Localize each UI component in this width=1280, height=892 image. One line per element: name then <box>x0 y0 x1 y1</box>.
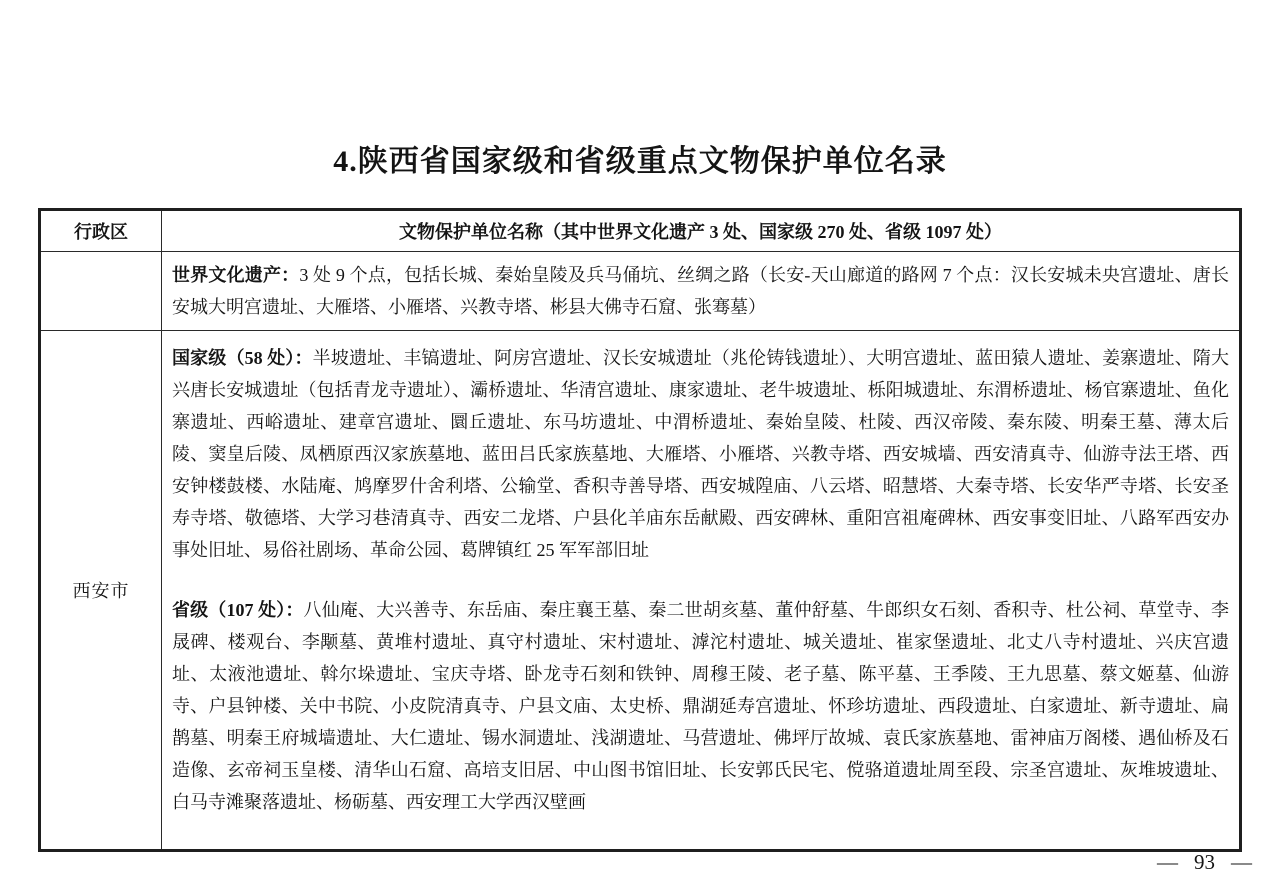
world-heritage-label: 世界文化遗产： <box>172 265 299 285</box>
provincial-text: 八仙庵、大兴善寺、东岳庙、秦庄襄王墓、秦二世胡亥墓、董仲舒墓、牛郎织女石刻、香积… <box>172 600 1229 812</box>
provincial-paragraph: 省级（107 处）：八仙庵、大兴善寺、东岳庙、秦庄襄王墓、秦二世胡亥墓、董仲舒墓… <box>172 594 1229 818</box>
header-cell-region: 行政区 <box>40 210 162 252</box>
world-heritage-content: 世界文化遗产：3 处 9 个点，包括长城、秦始皇陵及兵马俑坑、丝绸之路（长安-天… <box>162 252 1239 330</box>
world-heritage-text: 3 处 9 个点，包括长城、秦始皇陵及兵马俑坑、丝绸之路（长安-天山廊道的路网 … <box>172 265 1229 317</box>
xian-region-label: 西安市 <box>40 331 162 851</box>
world-heritage-content-cell: 世界文化遗产：3 处 9 个点，包括长城、秦始皇陵及兵马俑坑、丝绸之路（长安-天… <box>162 252 1241 331</box>
header-cell-units: 文物保护单位名称（其中世界文化遗产 3 处、国家级 270 处、省级 1097 … <box>162 210 1241 252</box>
page-title: 4.陕西省国家级和省级重点文物保护单位名录 <box>0 136 1280 180</box>
world-heritage-region-cell <box>40 252 162 331</box>
footer-left-dash: — <box>1157 850 1178 875</box>
provincial-label: 省级（107 处）： <box>172 600 304 620</box>
world-heritage-paragraph: 世界文化遗产：3 处 9 个点，包括长城、秦始皇陵及兵马俑坑、丝绸之路（长安-天… <box>172 259 1229 323</box>
xian-row: 西安市 国家级（58 处）：半坡遗址、丰镐遗址、阿房宫遗址、汉长安城遗址（兆伦铸… <box>40 331 1241 851</box>
document-page: 4.陕西省国家级和省级重点文物保护单位名录 行政区 文物保护单位名称（其中世界文… <box>0 0 1280 892</box>
world-heritage-row: 世界文化遗产：3 处 9 个点，包括长城、秦始皇陵及兵马俑坑、丝绸之路（长安-天… <box>40 252 1241 331</box>
national-text: 半坡遗址、丰镐遗址、阿房宫遗址、汉长安城遗址（兆伦铸钱遗址）、大明宫遗址、蓝田猿… <box>172 348 1229 560</box>
page-number: 93 <box>1194 850 1215 875</box>
national-paragraph: 国家级（58 处）：半坡遗址、丰镐遗址、阿房宫遗址、汉长安城遗址（兆伦铸钱遗址）… <box>172 342 1229 566</box>
xian-content: 国家级（58 处）：半坡遗址、丰镐遗址、阿房宫遗址、汉长安城遗址（兆伦铸钱遗址）… <box>162 331 1239 849</box>
footer-right-dash: — <box>1231 850 1252 875</box>
national-label: 国家级（58 处）： <box>172 348 313 368</box>
relics-table: 行政区 文物保护单位名称（其中世界文化遗产 3 处、国家级 270 处、省级 1… <box>38 208 1242 852</box>
page-footer: — 93 — <box>1157 850 1252 875</box>
xian-content-cell: 国家级（58 处）：半坡遗址、丰镐遗址、阿房宫遗址、汉长安城遗址（兆伦铸钱遗址）… <box>162 331 1241 851</box>
table-header-row: 行政区 文物保护单位名称（其中世界文化遗产 3 处、国家级 270 处、省级 1… <box>40 210 1241 252</box>
